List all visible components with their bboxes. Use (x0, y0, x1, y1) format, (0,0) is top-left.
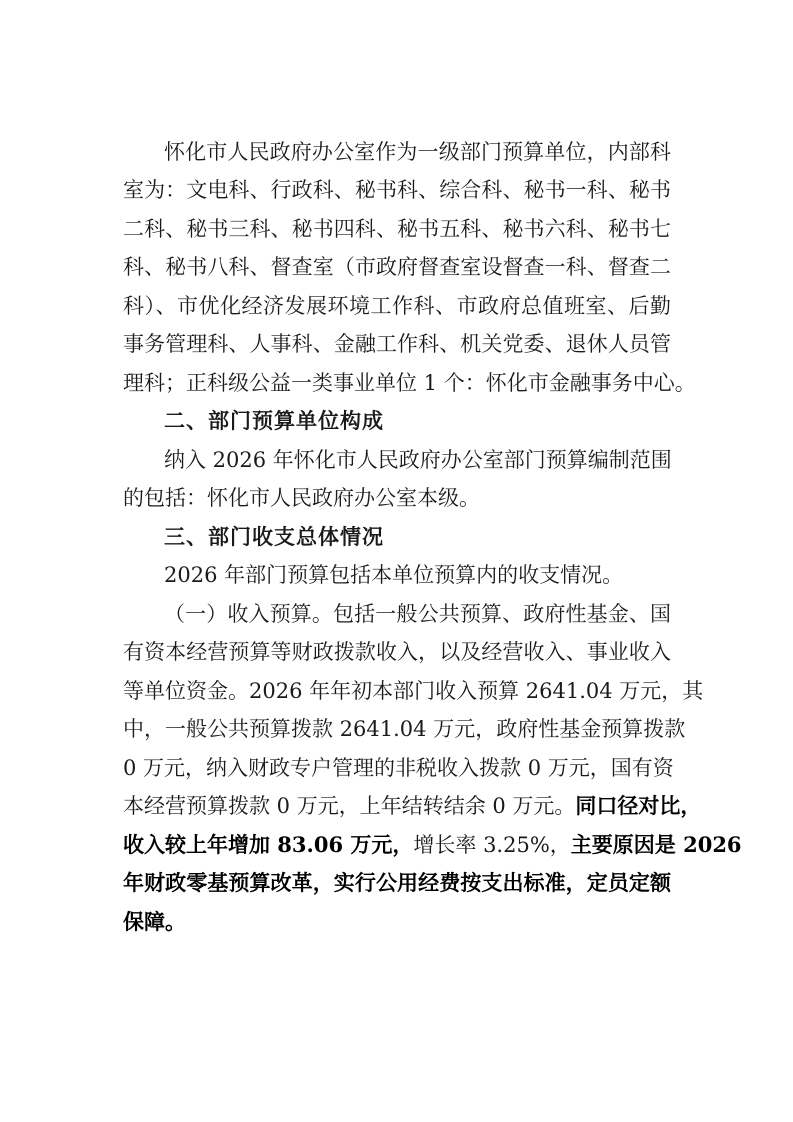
paragraph-line-5: 科）、市优化经济发展环境工作科、市政府总值班室、后勤 (123, 291, 671, 321)
paragraph-line-19: 保障。 (123, 907, 671, 937)
bold-text-run: 主要原因是 2026 (571, 832, 742, 857)
paragraph-line-6: 事务管理科、人事科、金融工作科、机关党委、退休人员管 (123, 329, 671, 359)
document-page: 怀化市人民政府办公室作为一级部门预算单位，内部科 室为：文电科、行政科、秘书科、… (0, 0, 793, 1122)
section-heading-2: 二、部门预算单位构成 (164, 406, 671, 436)
paragraph-line-8: 纳入 2026 年怀化市人民政府办公室部门预算编制范围 (164, 445, 671, 475)
paragraph-line-16: 本经营预算拨款 0 万元，上年结转结余 0 万元。同口径对比， (123, 791, 671, 821)
bold-text-run: 保障。 (123, 909, 186, 934)
paragraph-line-15: 0 万元，纳入财政专户管理的非税收入拨款 0 万元，国有资 (123, 753, 671, 783)
paragraph-line-17: 收入较上年增加 83.06 万元，增长率 3.25%，主要原因是 2026 (123, 830, 671, 860)
paragraph-line-2: 室为：文电科、行政科、秘书科、综合科、秘书一科、秘书 (123, 175, 671, 205)
text-run: 增长率 3.25%， (413, 833, 570, 857)
paragraph-line-9: 的包括：怀化市人民政府办公室本级。 (123, 483, 671, 513)
text-run: 科）、市优化经济发展环境工作科、市政府总值班室、后勤 (123, 294, 671, 318)
bold-text-run: 年财政零基预算改革，实行公用经费按支出标准，定员定额 (123, 870, 671, 895)
heading-text: 三、部门收支总体情况 (164, 525, 384, 549)
text-run: 中，一般公共预算拨款 2641.04 万元，政府性基金预算拨款 (123, 717, 685, 741)
paragraph-line-11: （一）收入预算。包括一般公共预算、政府性基金、国 (164, 599, 671, 629)
section-heading-3: 三、部门收支总体情况 (164, 522, 671, 552)
heading-text: 二、部门预算单位构成 (164, 409, 384, 433)
text-run: 等单位资金。2026 年年初本部门收入预算 2641.04 万元，其 (123, 679, 703, 703)
paragraph-line-14: 中，一般公共预算拨款 2641.04 万元，政府性基金预算拨款 (123, 714, 671, 744)
text-run: 室为：文电科、行政科、秘书科、综合科、秘书一科、秘书 (123, 178, 671, 202)
bold-text-run: 收入较上年增加 83.06 万元， (123, 832, 413, 857)
paragraph-line-18: 年财政零基预算改革，实行公用经费按支出标准，定员定额 (123, 868, 671, 898)
paragraph-line-7: 理科；正科级公益一类事业单位 1 个：怀化市金融事务中心。 (123, 368, 671, 398)
text-run: 事务管理科、人事科、金融工作科、机关党委、退休人员管 (123, 332, 671, 356)
text-run: （一）收入预算。包括一般公共预算、政府性基金、国 (164, 602, 671, 626)
text-run: 纳入 2026 年怀化市人民政府办公室部门预算编制范围 (164, 448, 672, 472)
paragraph-line-3: 二科、秘书三科、秘书四科、秘书五科、秘书六科、秘书七 (123, 214, 671, 244)
text-run: 0 万元，纳入财政专户管理的非税收入拨款 0 万元，国有资 (123, 756, 674, 780)
text-run: 理科；正科级公益一类事业单位 1 个：怀化市金融事务中心。 (123, 371, 696, 395)
text-run: 2026 年部门预算包括本单位预算内的收支情况。 (164, 563, 623, 587)
text-run: 二科、秘书三科、秘书四科、秘书五科、秘书六科、秘书七 (123, 217, 671, 241)
paragraph-line-13: 等单位资金。2026 年年初本部门收入预算 2641.04 万元，其 (123, 676, 671, 706)
text-run: 有资本经营预算等财政拨款收入，以及经营收入、事业收入 (123, 640, 671, 664)
paragraph-line-12: 有资本经营预算等财政拨款收入，以及经营收入、事业收入 (123, 637, 671, 667)
paragraph-line-10: 2026 年部门预算包括本单位预算内的收支情况。 (164, 560, 671, 590)
bold-text-run: 同口径对比， (575, 793, 701, 818)
text-run: 怀化市人民政府办公室作为一级部门预算单位，内部科 (164, 140, 671, 164)
text-run: 科、秘书八科、督查室（市政府督查室设督查一科、督查二 (123, 255, 671, 279)
text-run: 本经营预算拨款 0 万元，上年结转结余 0 万元。 (123, 794, 575, 818)
paragraph-line-4: 科、秘书八科、督查室（市政府督查室设督查一科、督查二 (123, 252, 671, 282)
text-run: 的包括：怀化市人民政府办公室本级。 (123, 486, 480, 510)
paragraph-line-1: 怀化市人民政府办公室作为一级部门预算单位，内部科 (164, 137, 671, 167)
